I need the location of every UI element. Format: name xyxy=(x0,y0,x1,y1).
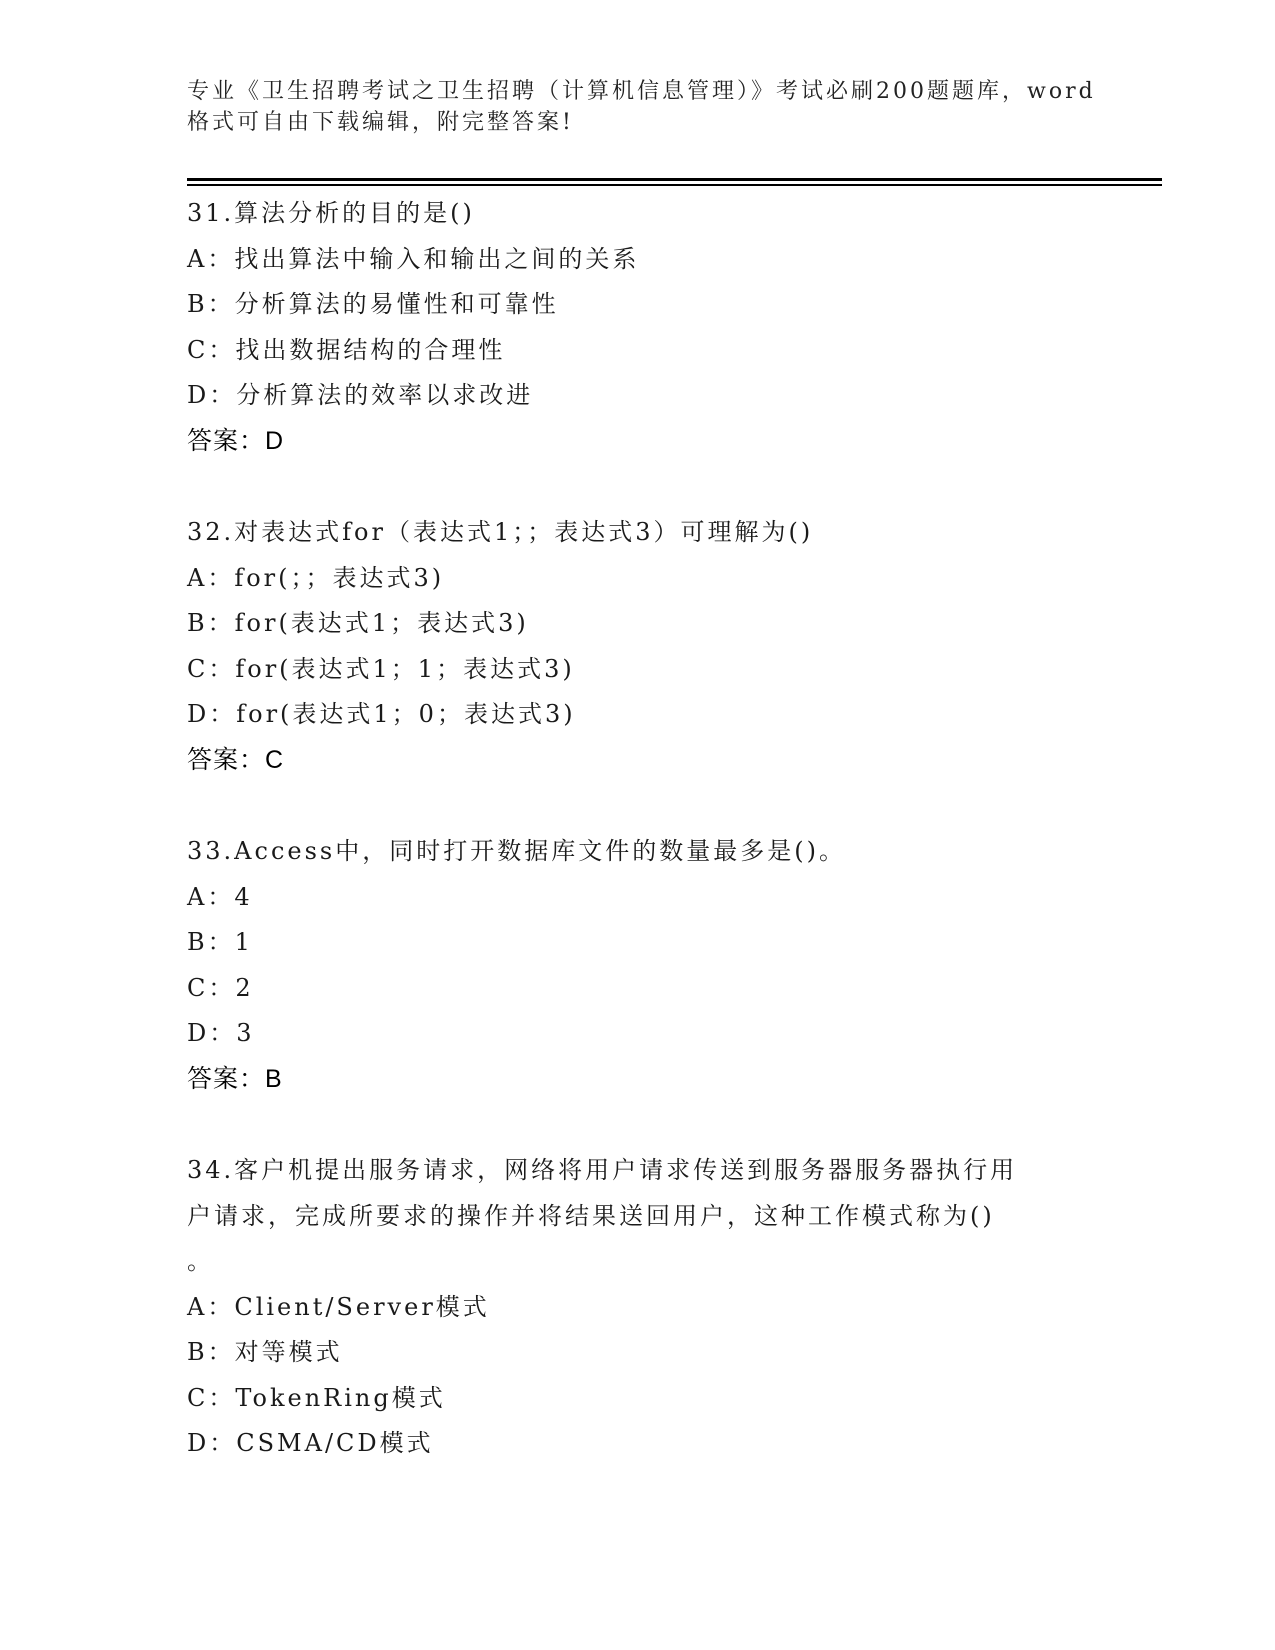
question-stem: 32.对表达式for（表达式1；；表达式3）可理解为() xyxy=(187,510,1087,556)
question-32: 32.对表达式for（表达式1；；表达式3）可理解为() A：for(；；表达式… xyxy=(187,510,1087,783)
option-d: D：分析算法的效率以求改进 xyxy=(187,373,1087,419)
question-stem: 31.算法分析的目的是() xyxy=(187,191,1087,237)
answer: 答案：C xyxy=(187,738,1087,784)
header-line-2: 格式可自由下载编辑，附完整答案! xyxy=(187,107,1107,138)
document-header: 专业《卫生招聘考试之卫生招聘（计算机信息管理）》考试必刷200题题库，word … xyxy=(187,76,1107,138)
option-c: C：2 xyxy=(187,966,1087,1012)
option-a: A：找出算法中输入和输出之间的关系 xyxy=(187,237,1087,283)
option-c: C：找出数据结构的合理性 xyxy=(187,328,1087,374)
question-33: 33.Access中，同时打开数据库文件的数量最多是()。 A：4 B：1 C：… xyxy=(187,829,1087,1102)
question-stem: 33.Access中，同时打开数据库文件的数量最多是()。 xyxy=(187,829,1087,875)
option-d: D：CSMA/CD模式 xyxy=(187,1421,1087,1467)
header-divider-thin xyxy=(187,184,1162,186)
option-b: B：对等模式 xyxy=(187,1330,1087,1376)
question-stem-line-1: 34.客户机提出服务请求，网络将用户请求传送到服务器服务器执行用 xyxy=(187,1148,1087,1194)
header-line-1: 专业《卫生招聘考试之卫生招聘（计算机信息管理）》考试必刷200题题库，word xyxy=(187,76,1107,107)
question-31: 31.算法分析的目的是() A：找出算法中输入和输出之间的关系 B：分析算法的易… xyxy=(187,191,1087,464)
question-34: 34.客户机提出服务请求，网络将用户请求传送到服务器服务器执行用 户请求，完成所… xyxy=(187,1148,1087,1467)
option-d: D：for(表达式1；0；表达式3) xyxy=(187,692,1087,738)
spacer xyxy=(187,1102,1087,1148)
option-b: B：分析算法的易懂性和可靠性 xyxy=(187,282,1087,328)
option-a: A：for(；；表达式3) xyxy=(187,556,1087,602)
option-d: D：3 xyxy=(187,1011,1087,1057)
answer: 答案：B xyxy=(187,1057,1087,1103)
question-list: 31.算法分析的目的是() A：找出算法中输入和输出之间的关系 B：分析算法的易… xyxy=(187,191,1087,1467)
header-divider-thick xyxy=(187,178,1162,181)
option-a: A：4 xyxy=(187,875,1087,921)
spacer xyxy=(187,464,1087,510)
option-b: B：1 xyxy=(187,920,1087,966)
option-c: C：for(表达式1；1；表达式3) xyxy=(187,647,1087,693)
spacer xyxy=(187,783,1087,829)
answer: 答案：D xyxy=(187,419,1087,465)
option-b: B：for(表达式1；表达式3) xyxy=(187,601,1087,647)
option-a: A：Client/Server模式 xyxy=(187,1285,1087,1331)
question-stem-line-2: 户请求，完成所要求的操作并将结果送回用户，这种工作模式称为() xyxy=(187,1194,1087,1240)
question-stem-line-3: 。 xyxy=(187,1239,1087,1285)
option-c: C：TokenRing模式 xyxy=(187,1376,1087,1422)
